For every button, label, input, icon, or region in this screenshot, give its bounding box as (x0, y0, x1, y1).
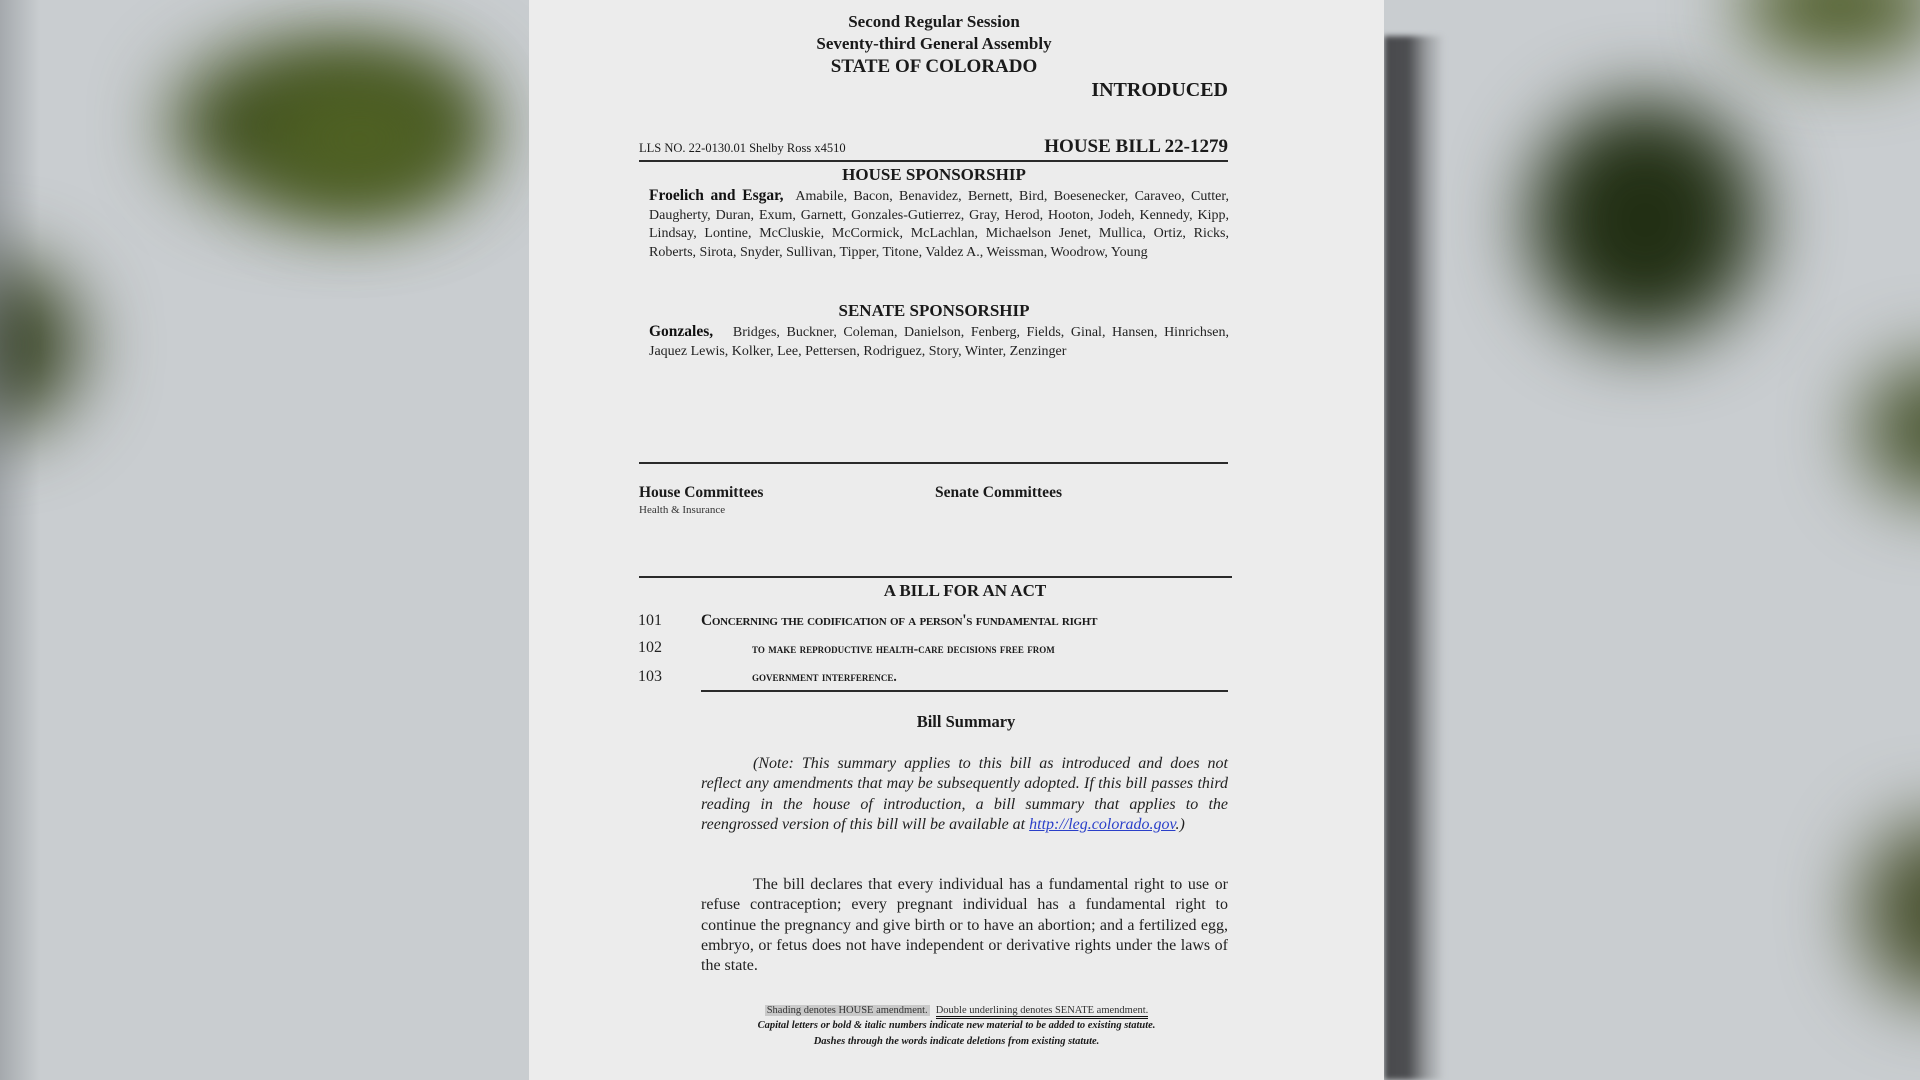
foliage-blur (1740, 0, 1920, 60)
bill-title-line: Concerning the codification of a person'… (701, 613, 1097, 629)
house-sponsorship-title: HOUSE SPONSORSHIP (842, 166, 1026, 183)
house-amendment-legend: Shading denotes HOUSE amendment. (765, 1005, 930, 1016)
foliage-blur (1860, 360, 1920, 500)
page-shadow (1384, 36, 1444, 1080)
foliage-blur (1530, 100, 1760, 340)
senate-sponsors: Gonzales, Bridges, Buckner, Coleman, Dan… (649, 323, 1229, 361)
lls-number: LLS NO. 22-0130.01 Shelby Ross x4510 (639, 142, 846, 155)
state-heading: STATE OF COLORADO (831, 57, 1038, 76)
line-number: 102 (638, 640, 662, 656)
status-label: INTRODUCED (1091, 80, 1228, 100)
foliage-blur (1860, 820, 1920, 1000)
divider (701, 690, 1228, 692)
amendment-legend: Shading denotes HOUSE amendment.Double u… (529, 1003, 1384, 1019)
house-committees-label: House Committees (639, 485, 763, 501)
deletion-legend: Dashes through the words indicate deleti… (529, 1034, 1384, 1050)
senate-amendment-legend: Double underlining denotes SENATE amendm… (936, 1005, 1149, 1019)
house-sponsors: Froelich and Esgar, Amabile, Bacon, Bena… (649, 187, 1229, 262)
divider (639, 462, 1228, 464)
bill-title-line: to make reproductive health-care decisio… (752, 642, 1055, 656)
summary-body: The bill declares that every individual … (701, 875, 1228, 976)
senate-sponsorship-title: SENATE SPONSORSHIP (839, 302, 1030, 319)
bill-document-page: Second Regular Session Seventy-third Gen… (529, 0, 1384, 1080)
divider (639, 160, 1228, 162)
line-number: 101 (638, 613, 662, 629)
bill-summary-title: Bill Summary (917, 714, 1016, 731)
session-heading: Second Regular Session (848, 13, 1020, 30)
bill-number: HOUSE BILL 22-1279 (1044, 137, 1228, 156)
bill-title-line: government interference. (752, 670, 897, 684)
assembly-heading: Seventy-third General Assembly (816, 35, 1051, 52)
new-material-legend: Capital letters or bold & italic numbers… (529, 1018, 1384, 1034)
act-title: A BILL FOR AN ACT (884, 582, 1047, 599)
leg-colorado-link[interactable]: http://leg.colorado.gov (1029, 816, 1175, 833)
senate-committees-label: Senate Committees (935, 485, 1062, 501)
senate-lead-sponsor: Gonzales, (649, 323, 713, 340)
divider (639, 576, 1232, 578)
summary-note: (Note: This summary applies to this bill… (701, 754, 1228, 835)
house-committee: Health & Insurance (639, 505, 725, 516)
vignette (0, 0, 40, 1080)
senate-cosponsors: Bridges, Buckner, Coleman, Danielson, Fe… (649, 325, 1229, 359)
foliage-blur (260, 70, 460, 210)
house-lead-sponsors: Froelich and Esgar, (649, 187, 783, 204)
line-number: 103 (638, 669, 662, 685)
